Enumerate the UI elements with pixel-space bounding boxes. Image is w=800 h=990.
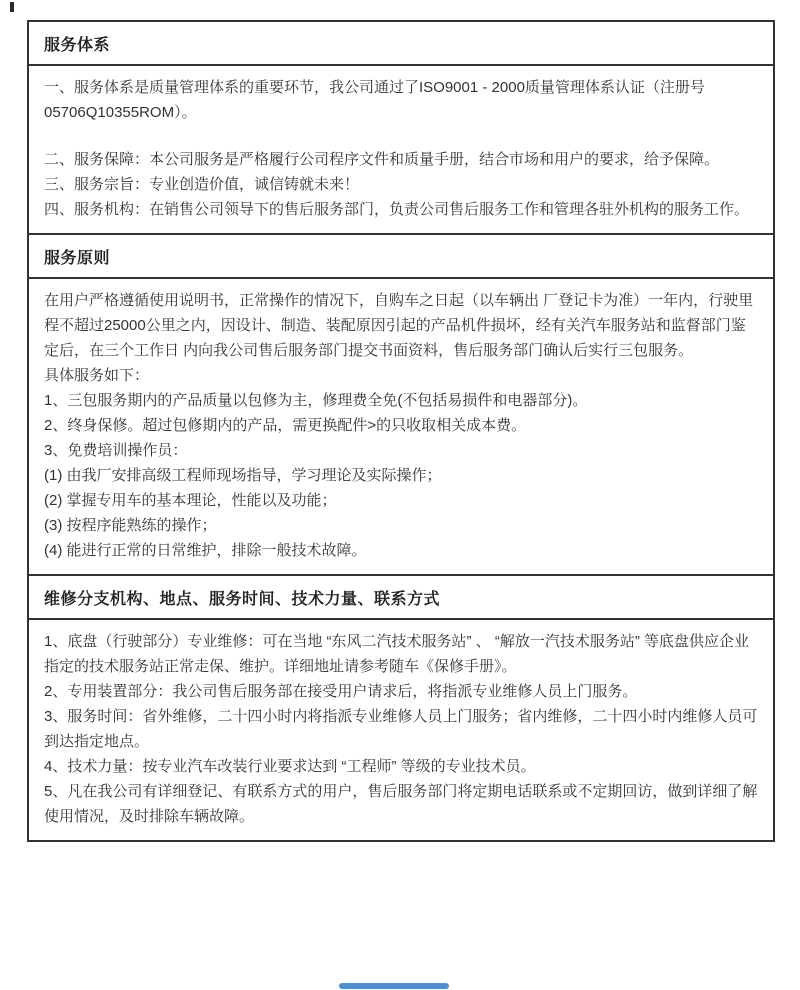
section-title-service-principles: 服务原则 — [29, 235, 773, 279]
paragraph: (1) 由我厂安排高级工程师现场指导，学习理论及实际操作； — [44, 463, 758, 488]
section-title-repair-branches: 维修分支机构、地点、服务时间、技术力量、联系方式 — [29, 576, 773, 620]
paragraph: 2、专用装置部分：我公司售后服务部在接受用户请求后，将指派专业维修人员上门服务。 — [44, 679, 758, 704]
paragraph: 2、终身保修。超过包修期内的产品，需更换配件>的只收取相关成本费。 — [44, 413, 758, 438]
section-body-repair-branches: 1、底盘（行驶部分）专业维修：可在当地 “东风二汽技术服务站” 、 “解放一汽技… — [29, 620, 773, 840]
page: 服务体系 一、服务体系是质量管理体系的重要环节，我公司通过了ISO9001 - … — [0, 0, 800, 990]
paragraph: 一、服务体系是质量管理体系的重要环节，我公司通过了ISO9001 - 2000质… — [44, 75, 758, 125]
paragraph: 三、服务宗旨：专业创造价值，诚信铸就未来！ — [44, 172, 758, 197]
service-info-panel: 服务体系 一、服务体系是质量管理体系的重要环节，我公司通过了ISO9001 - … — [27, 20, 775, 842]
paragraph: (2) 掌握专用车的基本理论，性能以及功能； — [44, 488, 758, 513]
paragraph: 3、服务时间：省外维修，二十四小时内将指派专业维修人员上门服务；省内维修，二十四… — [44, 704, 758, 754]
section-body-service-principles: 在用户严格遵循使用说明书，正常操作的情况下，自购车之日起（以车辆出 厂登记卡为准… — [29, 279, 773, 576]
paragraph: 在用户严格遵循使用说明书，正常操作的情况下，自购车之日起（以车辆出 厂登记卡为准… — [44, 288, 758, 363]
paragraph: 5、凡在我公司有详细登记、有联系方式的用户，售后服务部门将定期电话联系或不定期回… — [44, 779, 758, 829]
paragraph: 4、技术力量：按专业汽车改装行业要求达到 “工程师” 等级的专业技术员。 — [44, 754, 758, 779]
bottom-scrollbar-thumb[interactable] — [339, 983, 449, 989]
corner-mark — [10, 2, 14, 12]
paragraph: 1、底盘（行驶部分）专业维修：可在当地 “东风二汽技术服务站” 、 “解放一汽技… — [44, 629, 758, 679]
paragraph: 1、三包服务期内的产品质量以包修为主，修理费全免(不包括易损件和电器部分)。 — [44, 388, 758, 413]
paragraph: 3、免费培训操作员： — [44, 438, 758, 463]
paragraph: 四、服务机构：在销售公司领导下的售后服务部门，负责公司售后服务工作和管理各驻外机… — [44, 197, 758, 222]
section-body-service-system: 一、服务体系是质量管理体系的重要环节，我公司通过了ISO9001 - 2000质… — [29, 66, 773, 235]
paragraph: (4) 能进行正常的日常维护，排除一般技术故障。 — [44, 538, 758, 563]
paragraph: (3) 按程序能熟练的操作； — [44, 513, 758, 538]
section-title-service-system: 服务体系 — [29, 22, 773, 66]
paragraph: 具体服务如下： — [44, 363, 758, 388]
paragraph: 二、服务保障：本公司服务是严格履行公司程序文件和质量手册，结合市场和用户的要求，… — [44, 147, 758, 172]
